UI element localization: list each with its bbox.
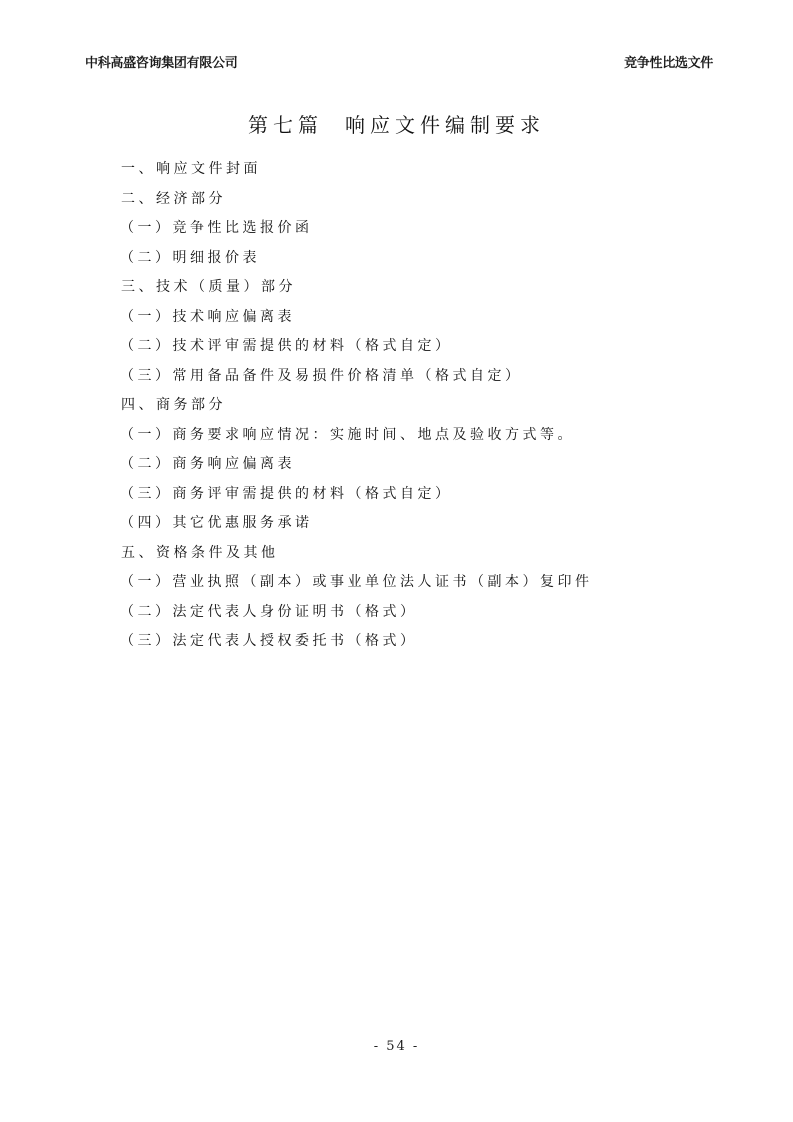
list-item: （一）竞争性比选报价函 xyxy=(120,214,593,244)
title-part: 第七篇 xyxy=(248,113,323,137)
page-number: - 54 - xyxy=(0,1039,793,1054)
title-name: 响应文件编制要求 xyxy=(345,113,545,137)
list-item: （一）营业执照（副本）或事业单位法人证书（副本）复印件 xyxy=(120,568,593,598)
list-item: （三）法定代表人授权委托书（格式） xyxy=(120,627,593,657)
header-company: 中科高盛咨询集团有限公司 xyxy=(85,52,237,71)
list-item: （二）商务响应偏离表 xyxy=(120,450,593,480)
list-item: （三）常用备品备件及易损件价格清单（格式自定） xyxy=(120,362,593,392)
list-item: （一）技术响应偏离表 xyxy=(120,303,593,333)
requirements-list: 一、响应文件封面 二、经济部分 （一）竞争性比选报价函 （二）明细报价表 三、技… xyxy=(120,155,593,657)
page-title: 第七篇响应文件编制要求 xyxy=(0,109,793,138)
list-item: （一）商务要求响应情况：实施时间、地点及验收方式等。 xyxy=(120,421,593,451)
list-item: 四、商务部分 xyxy=(121,391,593,421)
list-item: （四）其它优惠服务承诺 xyxy=(120,509,593,539)
header-doc-type: 竞争性比选文件 xyxy=(624,52,713,71)
list-item: （二）法定代表人身份证明书（格式） xyxy=(120,598,593,628)
list-item: 一、响应文件封面 xyxy=(121,155,593,185)
list-item: 二、经济部分 xyxy=(121,185,593,215)
list-item: 三、技术（质量）部分 xyxy=(121,273,593,303)
list-item: 五、资格条件及其他 xyxy=(121,539,593,569)
list-item: （三）商务评审需提供的材料（格式自定） xyxy=(120,480,593,510)
list-item: （二）技术评审需提供的材料（格式自定） xyxy=(120,332,593,362)
list-item: （二）明细报价表 xyxy=(120,244,593,274)
